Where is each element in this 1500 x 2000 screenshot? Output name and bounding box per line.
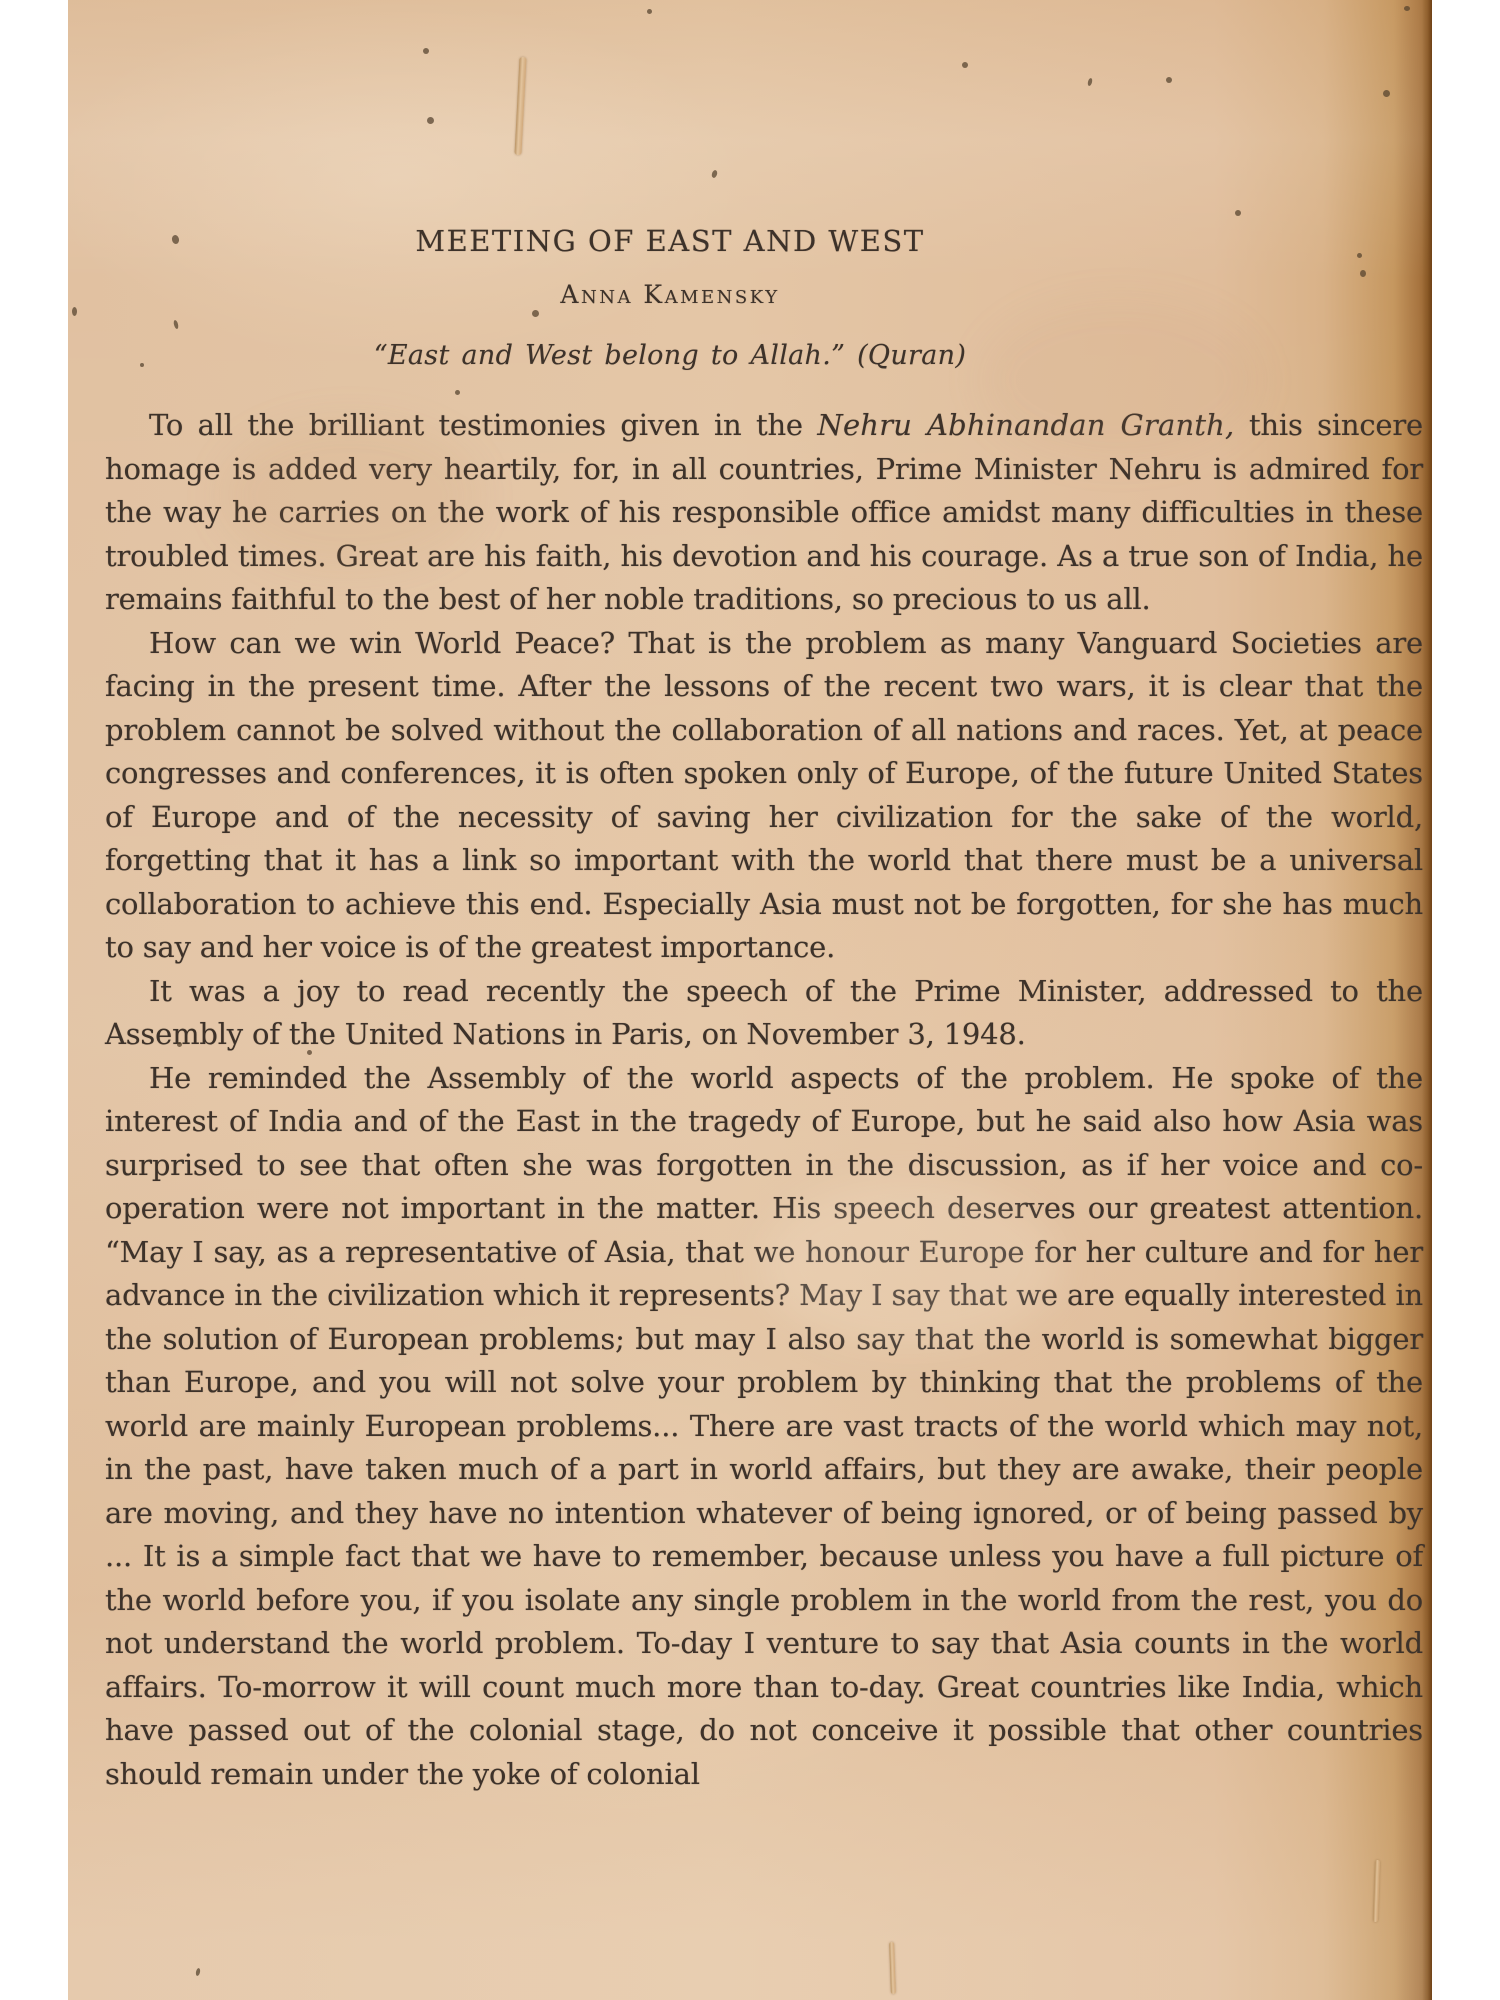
paper-stain (760, 1180, 1060, 1350)
epigraph-quote: “East and West belong to Allah.” (374, 340, 845, 371)
page-title: MEETING OF EAST AND WEST (68, 224, 1272, 258)
paper-speck (647, 9, 652, 14)
paper-speck (1357, 253, 1362, 258)
page-edge-shadow (1422, 0, 1432, 2000)
epigraph-source: (Quran) (857, 340, 966, 371)
paper-stain (220, 420, 480, 570)
paragraph: It was a joy to read recently the speech… (105, 970, 1423, 1057)
body-text: It was a joy to read recently the speech… (105, 974, 1423, 1052)
paper-speck (1166, 77, 1172, 83)
body-text: How can we win World Peace? That is the … (105, 626, 1423, 965)
body-text: He reminded the Assembly of the world as… (105, 1061, 1423, 1791)
book-page: MEETING OF EAST AND WEST Anna Kamensky “… (68, 0, 1432, 2000)
paper-speck (307, 1050, 312, 1055)
paper-speck (140, 363, 144, 367)
paper-speck (532, 310, 539, 317)
paragraph: He reminded the Assembly of the world as… (105, 1057, 1423, 1797)
scanned-page: MEETING OF EAST AND WEST Anna Kamensky “… (0, 0, 1500, 2000)
paper-speck (423, 48, 429, 54)
paper-speck (455, 390, 460, 395)
paper-stain (980, 300, 1260, 460)
paper-speck (1404, 6, 1410, 11)
paper-speck (1320, 1550, 1326, 1556)
paper-speck (177, 1042, 182, 1047)
article-body: To all the brilliant testimonies given i… (105, 404, 1423, 1796)
paper-speck (1235, 210, 1241, 216)
paper-speck (72, 307, 77, 316)
paper-speck (427, 117, 434, 124)
paper-speck (962, 62, 968, 68)
body-text: To all the brilliant testimonies given i… (149, 408, 817, 442)
paragraph: How can we win World Peace? That is the … (105, 622, 1423, 970)
paper-speck (1383, 90, 1390, 97)
paper-speck (1360, 270, 1366, 277)
